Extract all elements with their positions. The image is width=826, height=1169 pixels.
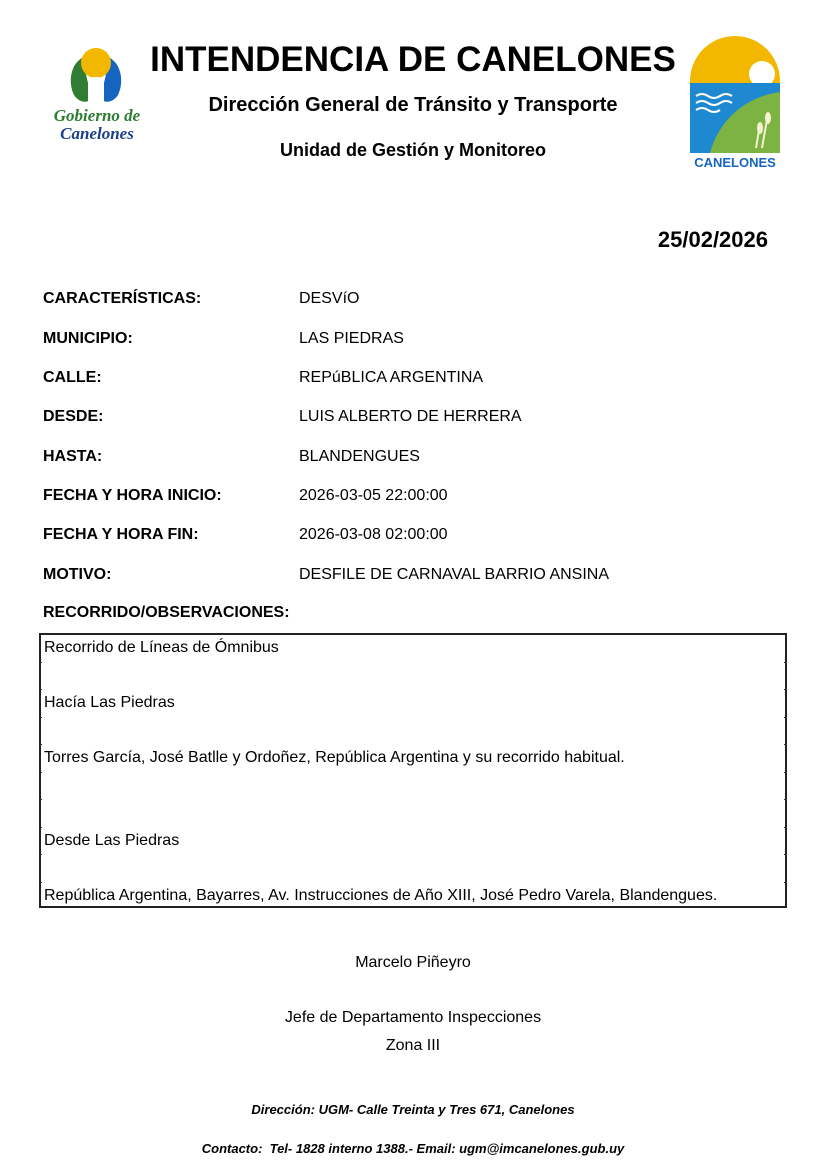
field-value-caracteristicas: DESVíO (299, 290, 359, 308)
row-tick (784, 689, 787, 690)
field-value-motivo: DESFILE DE CARNAVAL BARRIO ANSINA (299, 566, 609, 584)
row-tick (784, 717, 787, 718)
field-label-hasta: HASTA: (43, 448, 102, 466)
canelones-emblem-icon: CANELONES (690, 36, 780, 171)
document-date: 25/02/2026 (658, 227, 768, 253)
field-label-caracteristicas: CARACTERÍSTICAS: (43, 290, 201, 308)
observations-box: Recorrido de Líneas de Ómnibus Hacía Las… (39, 633, 787, 908)
row-tick (784, 772, 787, 773)
row-tick (784, 827, 787, 828)
field-label-desde: DESDE: (43, 408, 103, 426)
row-tick (39, 882, 42, 883)
field-value-desde: LUIS ALBERTO DE HERRERA (299, 408, 522, 426)
row-tick (39, 662, 42, 663)
row-tick (39, 854, 42, 855)
footer-address: Dirección: UGM- Calle Treinta y Tres 671… (0, 1102, 826, 1117)
row-tick (784, 662, 787, 663)
observation-line: Hacía Las Piedras (44, 694, 175, 712)
svg-text:CANELONES: CANELONES (694, 155, 776, 170)
signatory-name: Marcelo Piñeyro (0, 954, 826, 972)
canelones-emblem-logo: CANELONES (690, 36, 780, 171)
field-value-hasta: BLANDENGUES (299, 448, 420, 466)
observations-label: RECORRIDO/OBSERVACIONES: (43, 604, 290, 622)
row-tick (784, 854, 787, 855)
observation-line: República Argentina, Bayarres, Av. Instr… (44, 887, 717, 905)
field-label-municipio: MUNICIPIO: (43, 330, 133, 348)
row-tick (39, 799, 42, 800)
row-tick (784, 744, 787, 745)
field-label-calle: CALLE: (43, 369, 102, 387)
field-value-fecha-inicio: 2026-03-05 22:00:00 (299, 487, 448, 505)
row-tick (39, 827, 42, 828)
observation-line: Desde Las Piedras (44, 832, 179, 850)
field-value-calle: REPúBLICA ARGENTINA (299, 369, 483, 387)
field-label-fecha-inicio: FECHA Y HORA INICIO: (43, 487, 222, 505)
row-tick (39, 772, 42, 773)
row-tick (39, 717, 42, 718)
signatory-zone: Zona III (0, 1037, 826, 1055)
row-tick (39, 744, 42, 745)
field-label-motivo: MOTIVO: (43, 566, 111, 584)
observation-line: Recorrido de Líneas de Ómnibus (44, 639, 279, 657)
row-tick (39, 689, 42, 690)
footer-contact: Contacto: Tel- 1828 interno 1388.- Email… (0, 1141, 826, 1156)
field-value-municipio: LAS PIEDRAS (299, 330, 404, 348)
row-tick (784, 799, 787, 800)
field-label-fecha-fin: FECHA Y HORA FIN: (43, 526, 199, 544)
field-value-fecha-fin: 2026-03-08 02:00:00 (299, 526, 448, 544)
observation-line: Torres García, José Batlle y Ordoñez, Re… (44, 749, 625, 767)
signatory-position: Jefe de Departamento Inspecciones (0, 1009, 826, 1027)
row-tick (784, 882, 787, 883)
